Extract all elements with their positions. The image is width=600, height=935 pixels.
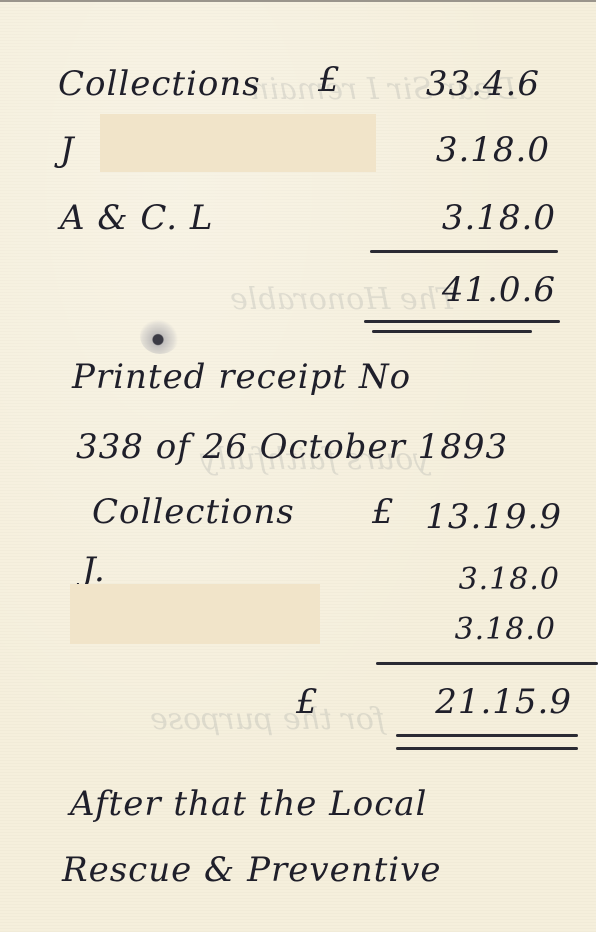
closing-line1: After that the Local <box>70 784 427 824</box>
total-double-rule-2 <box>396 747 578 750</box>
row-amount-acl: 3.18.0 <box>386 198 556 238</box>
collections-label-1: Collections <box>58 64 261 104</box>
ink-blot <box>140 318 180 354</box>
subtotal-rule <box>370 250 558 253</box>
manuscript-page: Dear Sir I remain The Honorable yours fa… <box>0 0 596 932</box>
row-amount-j2: 3.18.0 <box>410 562 560 597</box>
total-double-rule <box>372 330 532 333</box>
total-double-rule-2 <box>396 734 578 737</box>
collections-amount-1: 33.4.6 <box>370 64 540 104</box>
row-amount-j: 3.18.0 <box>380 130 550 170</box>
pound-sign-2: £ <box>372 492 395 532</box>
bleed-through-text: for the purpose <box>150 702 385 737</box>
receipt-note-line2: 338 of 26 October 1893 <box>76 427 508 467</box>
closing-line2: Rescue & Preventive <box>62 850 441 890</box>
total-double-rule <box>364 320 560 323</box>
row-label-j: J <box>60 130 75 170</box>
total-amount-1: 41.0.6 <box>376 270 556 310</box>
row-label-acl: A & C. L <box>60 198 213 238</box>
collections-amount-2: 13.19.9 <box>400 497 562 537</box>
receipt-note-line1: Printed receipt No <box>72 357 411 397</box>
redaction-box <box>100 114 376 172</box>
row-amount-3: 3.18.0 <box>400 612 556 647</box>
total-amount-2: 21.15.9 <box>392 682 572 722</box>
subtotal-rule-2 <box>376 662 598 665</box>
pound-sign-1: £ <box>318 60 341 100</box>
pound-sign-total-2: £ <box>296 682 319 722</box>
collections-label-2: Collections <box>92 492 295 532</box>
redaction-box <box>70 584 320 644</box>
